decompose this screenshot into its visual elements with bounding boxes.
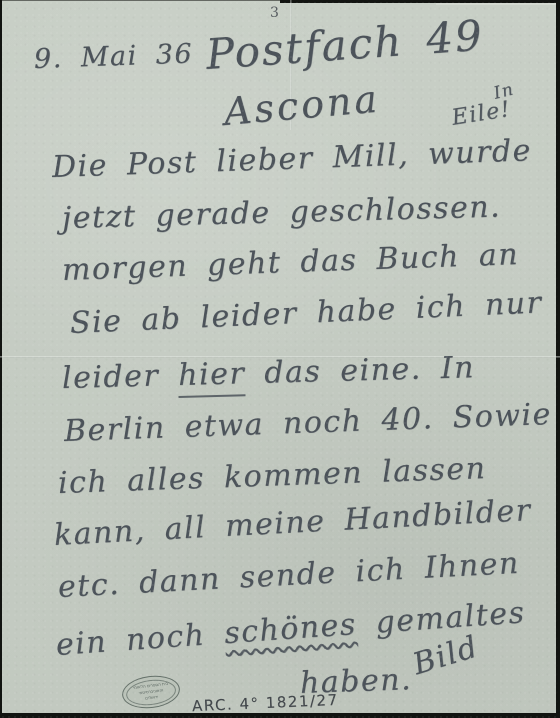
- page-number: 3: [270, 5, 279, 21]
- letter-date: 9. Mai 36: [33, 38, 193, 75]
- body-line-5-underlined-word: hier: [178, 356, 246, 398]
- body-line-10-pre: ein noch: [55, 616, 226, 663]
- body-line-8: kann, all meine Handbilder: [53, 493, 532, 553]
- body-line-2: jetzt gerade geschlossen.: [62, 190, 502, 236]
- library-stamp: בית הספרים הלאומי והאוניברסיטאי ירושלים: [120, 673, 181, 712]
- library-stamp-text-line3: ירושלים: [145, 695, 159, 701]
- body-line-6: Berlin etwa noch 40. Sowie: [63, 397, 552, 449]
- scan-edge-left: [0, 0, 2, 718]
- haste-annotation-word2: Eile!: [450, 97, 513, 131]
- archive-number: ARC. 4° 1821/27: [192, 691, 339, 715]
- scan-edge-right: [556, 0, 560, 718]
- body-line-4: Sie ab leider habe ich nur: [69, 285, 543, 341]
- address-postbox: Postfach 49: [204, 11, 485, 79]
- library-stamp-inner-ring: בית הספרים הלאומי והאוניברסיטאי ירושלים: [125, 677, 178, 708]
- body-line-10-post: gemaltes: [355, 595, 526, 642]
- scan-edge-top-right: [280, 0, 560, 3]
- body-line-5: leider hier das eine. In: [62, 350, 476, 396]
- letter-scan-page: 3 9. Mai 36 Postfach 49 Ascona In Eile! …: [0, 0, 560, 718]
- body-line-10-underlined-word: schönes: [223, 607, 358, 651]
- body-line-7: ich alles kommen lassen: [57, 451, 487, 501]
- address-city: Ascona: [222, 76, 381, 133]
- body-line-5-pre: leider: [62, 358, 179, 396]
- scan-edge-bottom: [0, 713, 560, 718]
- body-line-9: etc. dann sende ich Ihnen: [57, 546, 520, 605]
- body-line-3: morgen geht das Buch an: [61, 237, 519, 288]
- body-line-1: Die Post lieber Mill, wurde: [51, 133, 532, 185]
- body-line-5-post: das eine. In: [245, 350, 476, 391]
